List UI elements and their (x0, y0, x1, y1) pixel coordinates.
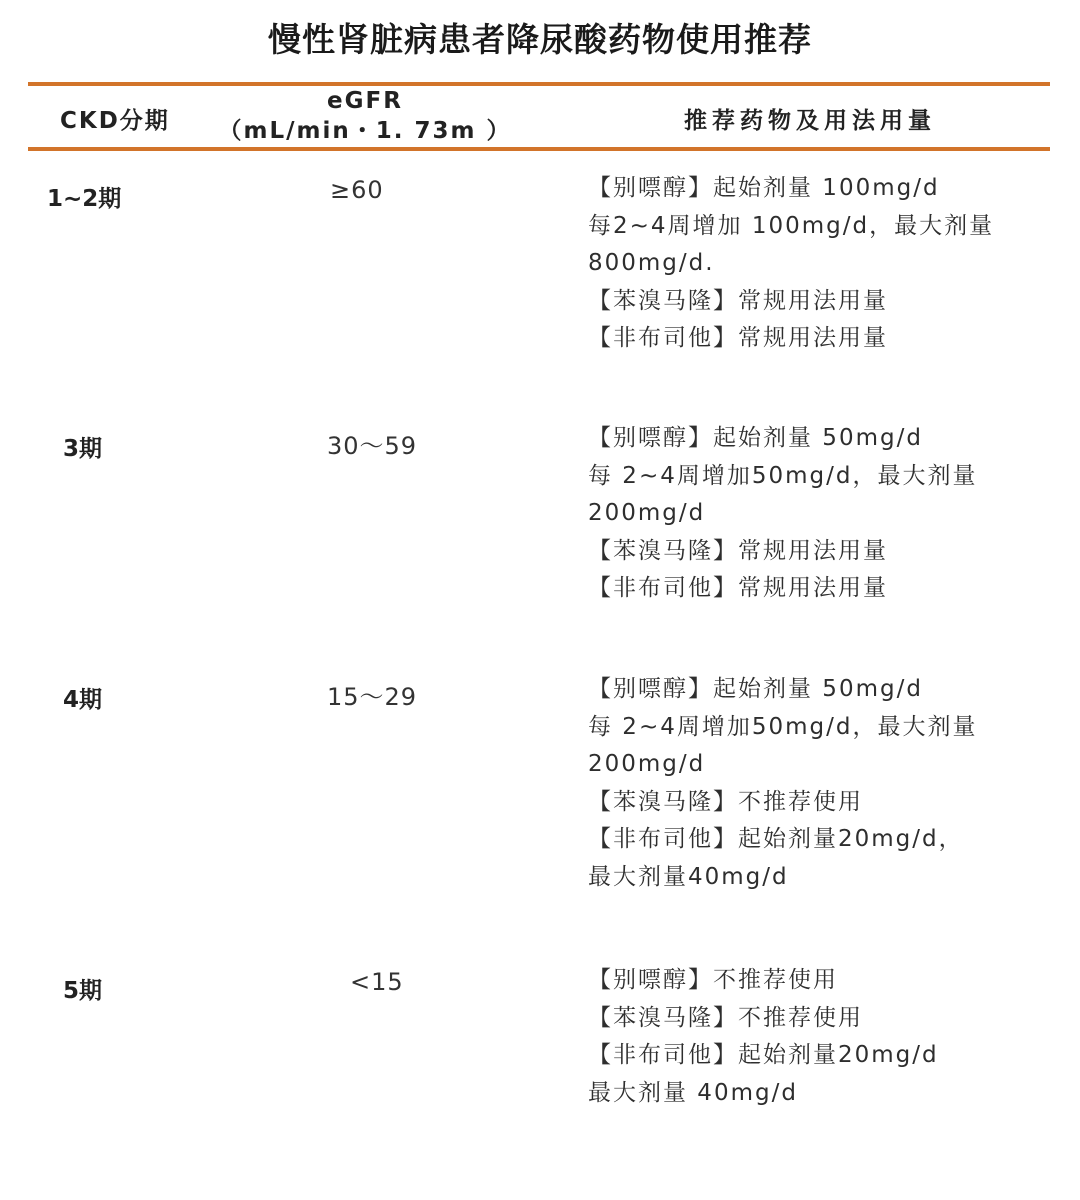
drug-line: 【苯溴马隆】不推荐使用 (588, 1000, 1068, 1038)
drug-line: 最大剂量 40mg/d (588, 1075, 1068, 1113)
egfr-cell: 30～59 (327, 426, 417, 461)
drug-line: 200mg/d (588, 495, 1068, 533)
drug-recommendation-cell: 【别嘌醇】起始剂量 100mg/d 每2~4周增加 100mg/d，最大剂量 8… (588, 170, 1068, 358)
drug-line: 最大剂量40mg/d (588, 859, 1068, 897)
column-header-ckd-stage: CKD分期 (60, 102, 170, 135)
drug-line: 【非布司他】起始剂量20mg/d， (588, 821, 1068, 859)
drug-line: 200mg/d (588, 746, 1068, 784)
ckd-stage-cell: 5期 (63, 972, 102, 1005)
egfr-cell: ≥60 (330, 176, 384, 204)
drug-line: 【别嘌醇】不推荐使用 (588, 962, 1068, 1000)
drug-line: 【非布司他】常规用法用量 (588, 570, 1068, 608)
column-header-egfr-label: eGFR (215, 86, 515, 116)
ckd-stage-cell: 4期 (63, 681, 102, 714)
drug-line: 【非布司他】常规用法用量 (588, 320, 1068, 358)
drug-line: 800mg/d. (588, 245, 1068, 283)
drug-line: 【别嘌醇】起始剂量 50mg/d (588, 420, 1068, 458)
drug-recommendation-cell: 【别嘌醇】起始剂量 50mg/d 每 2~4周增加50mg/d，最大剂量 200… (588, 420, 1068, 608)
egfr-cell: <15 (350, 968, 404, 996)
ckd-stage-cell: 1~2期 (47, 180, 121, 213)
drug-line: 【苯溴马隆】不推荐使用 (588, 784, 1068, 822)
drug-recommendation-cell: 【别嘌醇】起始剂量 50mg/d 每 2~4周增加50mg/d，最大剂量 200… (588, 671, 1068, 896)
drug-line: 【苯溴马隆】常规用法用量 (588, 283, 1068, 321)
header-top-rule (28, 82, 1050, 86)
drug-line: 每 2~4周增加50mg/d，最大剂量 (588, 458, 1068, 496)
drug-line: 每2~4周增加 100mg/d，最大剂量 (588, 208, 1068, 246)
drug-line: 【别嘌醇】起始剂量 100mg/d (588, 170, 1068, 208)
drug-line: 【非布司他】起始剂量20mg/d (588, 1037, 1068, 1075)
ckd-stage-cell: 3期 (63, 430, 102, 463)
drug-line: 【苯溴马隆】常规用法用量 (588, 533, 1068, 571)
page-title: 慢性肾脏病患者降尿酸药物使用推荐 (0, 14, 1080, 61)
header-bottom-rule (28, 147, 1050, 151)
drug-recommendation-cell: 【别嘌醇】不推荐使用 【苯溴马隆】不推荐使用 【非布司他】起始剂量20mg/d … (588, 962, 1068, 1112)
column-header-egfr: eGFR （mL/min・1. 73m ） (215, 86, 515, 146)
drug-line: 每 2~4周增加50mg/d，最大剂量 (588, 709, 1068, 747)
column-header-egfr-unit: （mL/min・1. 73m ） (215, 116, 515, 146)
egfr-cell: 15～29 (327, 677, 417, 712)
drug-line: 【别嘌醇】起始剂量 50mg/d (588, 671, 1068, 709)
column-header-drugs: 推荐药物及用法用量 (570, 102, 1050, 135)
